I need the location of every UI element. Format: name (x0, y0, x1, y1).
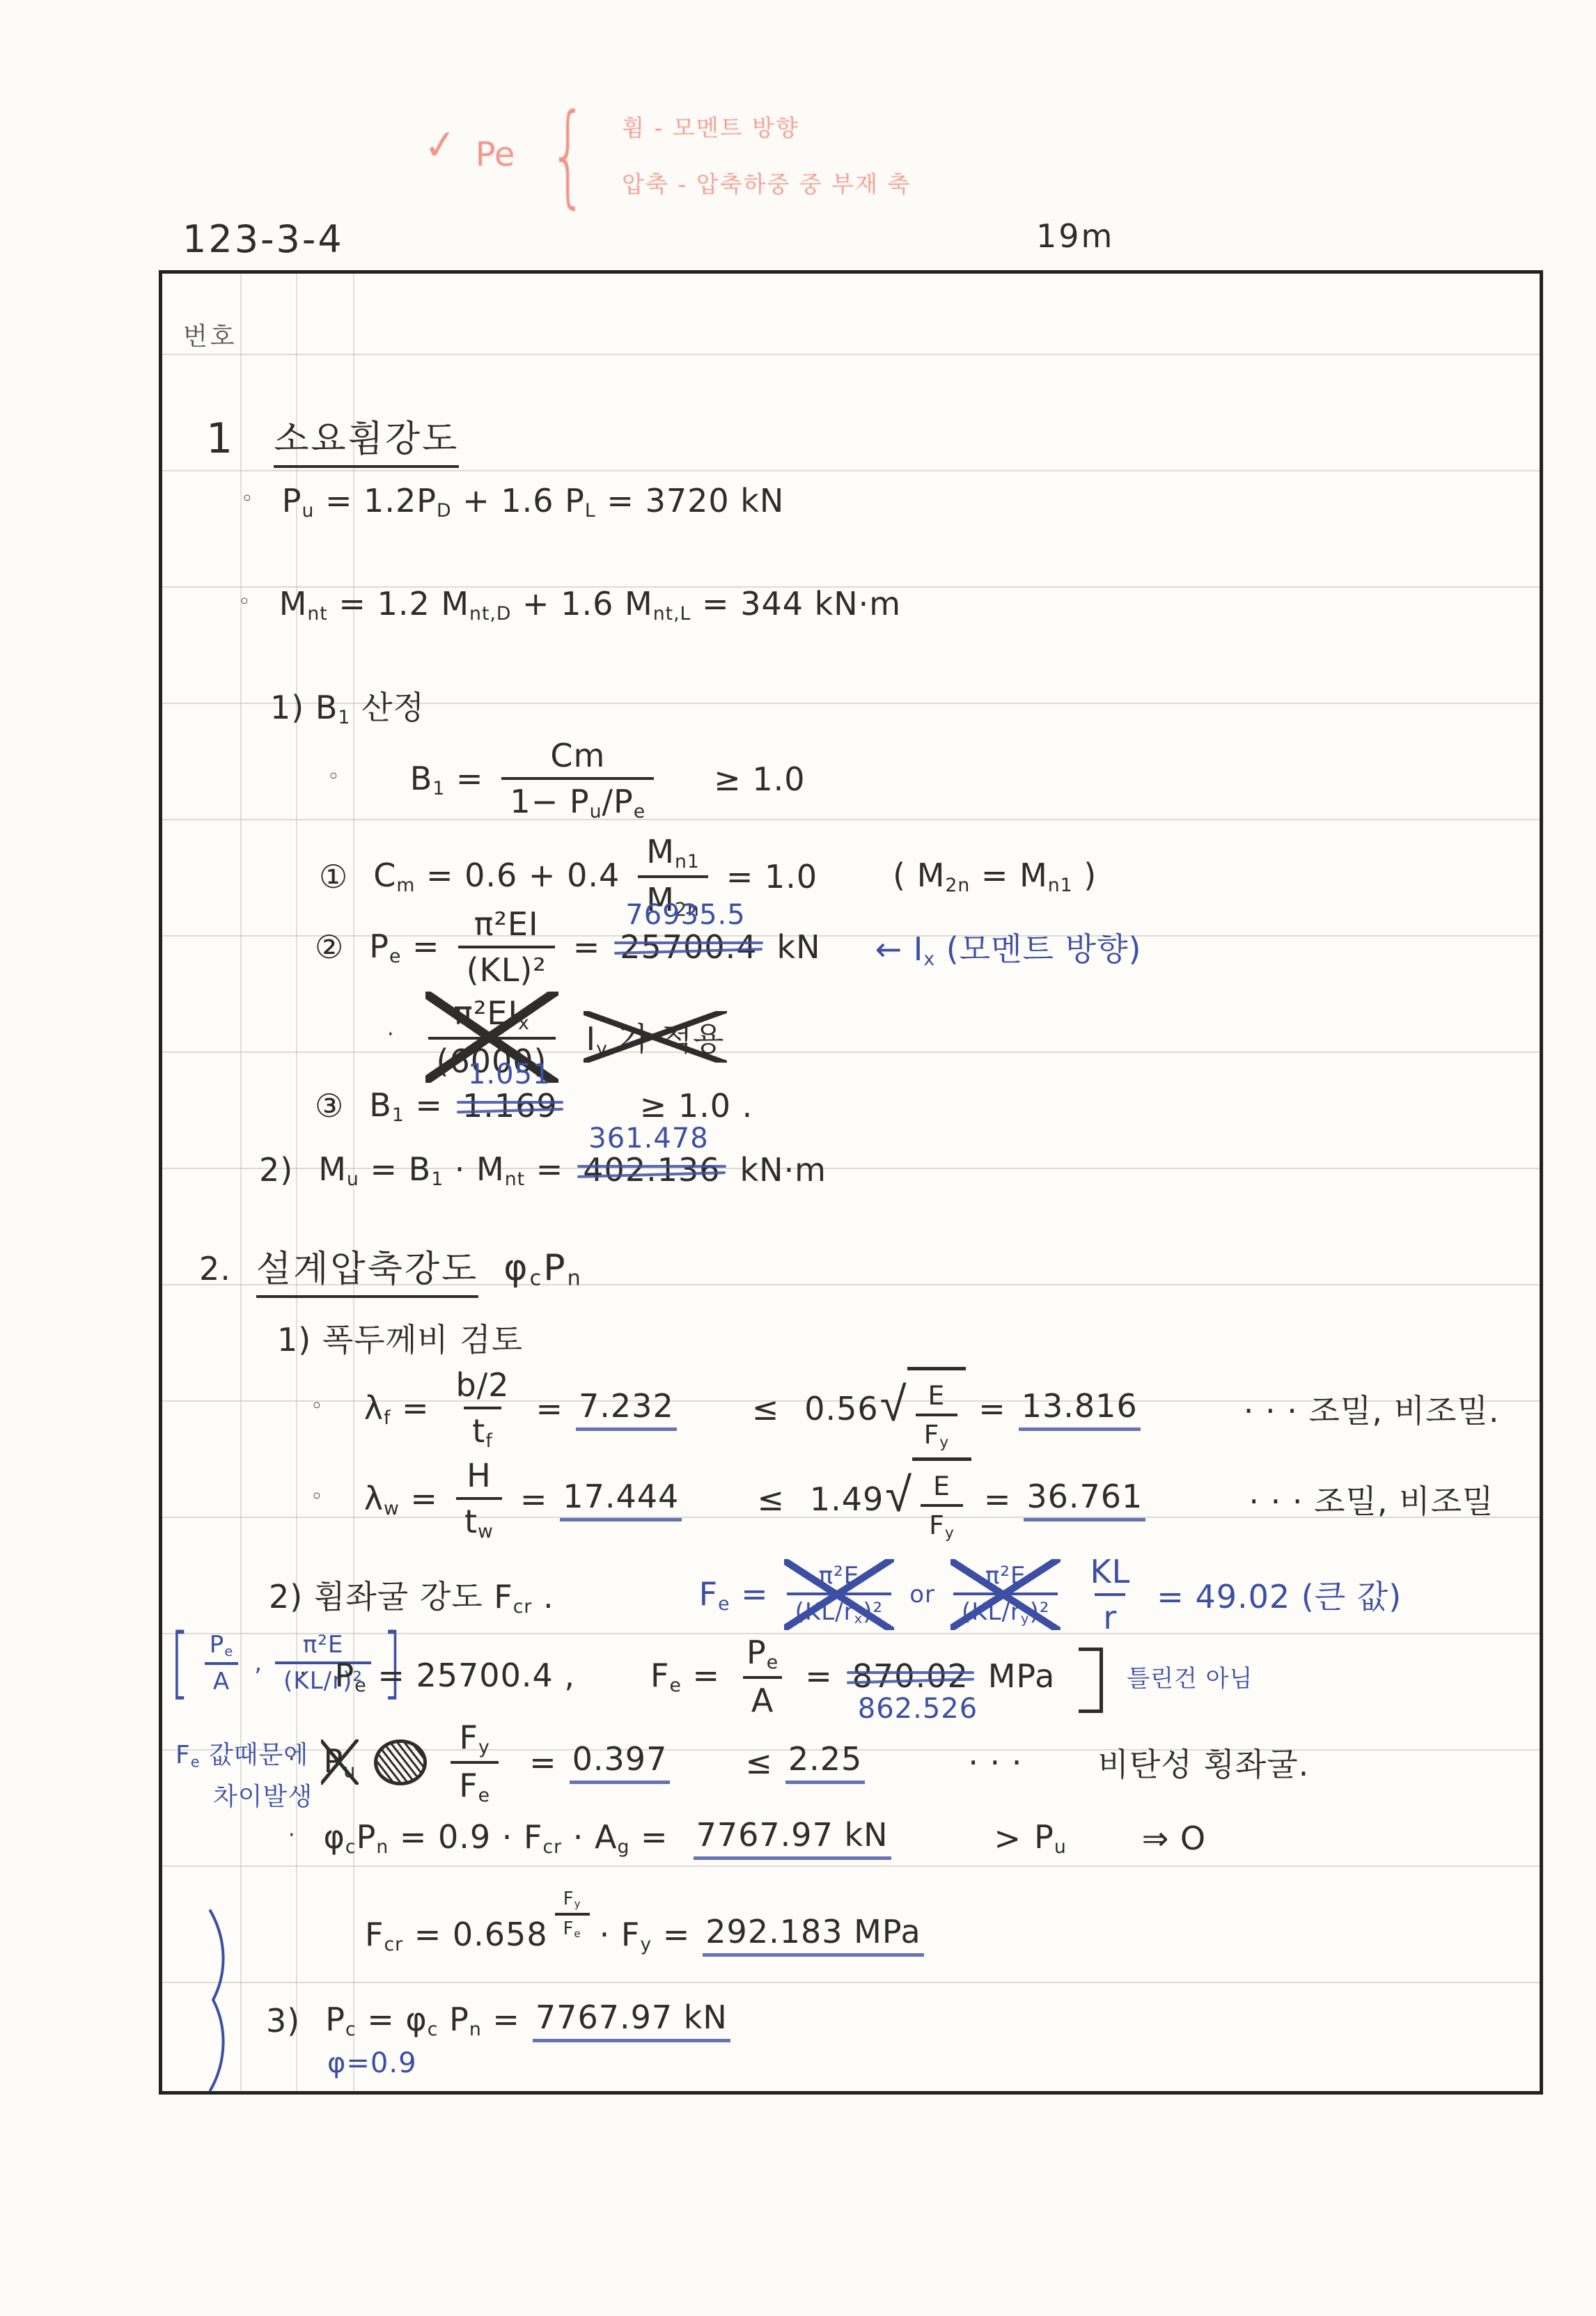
section2-title: 2.설계압축강도φcPn (199, 1239, 583, 1298)
text-token: · · · (968, 1744, 1022, 1781)
text-token: · · · 조밀, 비조밀. (1244, 1386, 1500, 1432)
red-note-line2: 압축 - 압축하중 중 부재 축 (622, 166, 911, 199)
line-fcr-value: Fcr = 0.658FyFe· Fy =292.183 MPa (365, 1909, 924, 1961)
text-token: · (387, 1022, 395, 1047)
text-token: 1) B1 산정 (270, 682, 425, 728)
corrected-value: 1.0511.169 (462, 1087, 558, 1125)
corrected-value: 361.478402.136 (583, 1151, 720, 1189)
line-width-thickness-head: 1) 폭두께비 검토 (277, 1315, 523, 1361)
text-token (374, 1739, 427, 1785)
text-token: ← Ix (모멘트 방향) (875, 924, 1142, 970)
text-token: ③ (315, 1087, 344, 1125)
text-token: B1 = (369, 1086, 443, 1126)
line-b1-head: 1) B1 산정 (270, 682, 425, 728)
text-token: 36.761 (1024, 1478, 1145, 1521)
scanned-notebook-page: ✓ Pe { 휨 - 모멘트 방향 압축 - 압축하중 중 부재 축 123-3… (0, 0, 1596, 2316)
line-b1-value: ③B1 =1.0511.169≥ 1.0 . (315, 1086, 753, 1126)
line-fcr-head: 2) 휨좌굴 강도 Fcr .Fe =π²E(KL/rx)²orπ²E(KL/r… (269, 1553, 1402, 1636)
fraction: Cm1− Pu/Pe (501, 737, 654, 822)
corrected-value: 862.526870.02 (852, 1657, 969, 1695)
fraction: Htw (456, 1457, 502, 1542)
text-token: 설계압축강도 (256, 1239, 478, 1298)
sqrt-expression: 1.49√EFy (810, 1457, 971, 1542)
line-pe: ②Pe =π²EI(KL)²=76935.525700.4kN← Ix (모멘트… (315, 905, 1141, 989)
text-token: 13.816 (1019, 1387, 1141, 1431)
line-pe-fe: ·Pe = 25700.4 ,Fe =PeA=862.526870.02MPa틀… (299, 1634, 1253, 1719)
text-token: = 1.0 (726, 858, 817, 895)
text-token: 2) (259, 1151, 293, 1189)
margin-rule-1 (240, 274, 242, 2091)
text-token: ≤ (757, 1480, 785, 1518)
text-token: ◦ (327, 765, 341, 789)
text-token: Pu = 1.2PD + 1.6 PL = 3720 kN (282, 482, 785, 522)
red-check-mark: ✓ (421, 120, 460, 171)
line-pu: ◦Pu = 1.2PD + 1.6 PL = 3720 kN (241, 482, 784, 522)
text-token: · Fy = (600, 1916, 691, 1955)
text-token: 틀린건 아님 (1127, 1659, 1253, 1693)
text-token: ( M2n = Mn1 ) (893, 856, 1097, 896)
fraction: π²E(KL/ry)² (953, 1562, 1058, 1627)
fraction: π²E(KL/rx)² (787, 1562, 892, 1627)
text-token: Pu (324, 1742, 357, 1782)
text-token: ≤ (745, 1744, 773, 1781)
line-lambda-w: ◦λw =Htw=17.444≤1.49√EFy=36.761· · · 조밀,… (311, 1457, 1494, 1542)
text-token: , (254, 1649, 263, 1677)
fraction: b/2tf (448, 1366, 518, 1452)
text-token: Fcr = 0.658 (365, 1916, 548, 1955)
text-token: Iy 가 적용 (586, 1014, 725, 1060)
text-token: ◦ (241, 487, 254, 511)
text-token: ◦ (238, 590, 251, 614)
text-token: > (994, 1820, 1022, 1857)
line-lambda-f: ◦λf =b/2tf=7.232≤0.56√EFy=13.816· · · 조밀… (311, 1366, 1500, 1452)
text-token: φcPn (503, 1247, 582, 1291)
text-token: MPa (988, 1657, 1056, 1695)
text-token: φcPn = 0.9 · Fcr · Ag = (324, 1818, 668, 1858)
text-token: · (299, 1661, 307, 1686)
text-token: ≥ 1.0 . (640, 1087, 753, 1125)
text-token: ② (315, 928, 344, 966)
text-token: kN·m (740, 1151, 827, 1189)
page-number: 123-3-4 (182, 217, 344, 261)
red-pen-annotation: ✓ Pe { 휨 - 모멘트 방향 압축 - 압축하중 중 부재 축 (423, 110, 911, 199)
line-pe-crossed: ·π²EIx(6000)Iy 가 적용 (387, 994, 724, 1080)
text-token: 1 (206, 414, 233, 463)
length-note: 19m (1036, 217, 1114, 255)
fraction: FyFe (555, 1888, 590, 1940)
red-note-brace: { (549, 110, 588, 199)
text-token: Pc = φc Pn = (325, 2001, 520, 2040)
text-token: Mu = B1 · Mnt = (318, 1150, 563, 1190)
text-token: B1 = (410, 760, 484, 799)
red-note-lines: 휨 - 모멘트 방향 압축 - 압축하중 중 부재 축 (622, 110, 911, 199)
text-token: = (529, 1744, 557, 1781)
text-token: 7.232 (576, 1387, 677, 1431)
text-token: 소요휨강도 (274, 409, 459, 468)
text-token: · · · 조밀, 비조밀 (1249, 1476, 1494, 1522)
text-token: Fe = (650, 1657, 720, 1696)
section1-title: 1소요휨강도 (206, 409, 459, 468)
text-token: [ (170, 1628, 190, 1698)
corrected-value: 76935.525700.4 (620, 928, 757, 966)
text-token: 2. (199, 1250, 231, 1288)
text-token: = (535, 1390, 563, 1427)
text-token: = 49.02 (큰 값) (1157, 1572, 1402, 1618)
text-token: 2.25 (785, 1740, 865, 1784)
text-token: 2) 휨좌굴 강도 Fcr . (269, 1572, 554, 1618)
text-token: 비탄성 횡좌굴. (1097, 1739, 1309, 1785)
sqrt-expression: 0.56√EFy (804, 1367, 966, 1452)
text-token: Pe = 25700.4 , (335, 1657, 575, 1696)
text-token: φ=0.9 (327, 2047, 417, 2079)
fraction: π²EI(KL)² (458, 905, 555, 989)
text-token: = (978, 1390, 1006, 1427)
text-token: 17.444 (560, 1478, 682, 1521)
text-token: = (805, 1657, 833, 1695)
text-token: ① (319, 858, 348, 895)
text-token: kN (777, 928, 821, 966)
text-token: · (288, 1747, 296, 1771)
text-token: ◦ (311, 1394, 324, 1418)
text-token: Pe = (369, 928, 439, 967)
text-token: 7767.97 kN (694, 1816, 891, 1860)
line-mnt: ◦Mnt = 1.2 Mnt,D + 1.6 Mnt,L = 344 kN·m (238, 585, 901, 625)
text-token: ≥ 1.0 (714, 760, 805, 798)
text-token: · (288, 1823, 296, 1847)
text-token: 292.183 MPa (703, 1913, 923, 1957)
text-token: Mnt = 1.2 Mnt,D + 1.6 Mnt,L = 344 kN·m (279, 585, 901, 625)
text-token: Cm = 0.6 + 0.4 (373, 856, 620, 896)
red-note-symbol: Pe (476, 135, 515, 174)
text-token (1079, 1648, 1103, 1713)
line-pc: 3)Pc = φc Pn =7767.97 kN (266, 1998, 730, 2042)
text-token: = (520, 1480, 548, 1518)
text-token: ⇒ O (1142, 1820, 1206, 1857)
text-token: λw = (364, 1480, 438, 1519)
text-token: ≤ (752, 1390, 780, 1427)
text-token: = (984, 1480, 1012, 1518)
text-token: Pu (1034, 1818, 1067, 1858)
text-token: 3) (266, 2002, 300, 2040)
fraction: FyFe (451, 1719, 499, 1806)
margin-brace-mark (205, 1909, 234, 2093)
fraction: PeA (201, 1631, 242, 1696)
text-token: ◦ (311, 1485, 324, 1509)
text-token: λf = (364, 1389, 430, 1429)
text-token: 7767.97 kN (533, 1998, 730, 2042)
text-token: = (573, 928, 601, 966)
corner-label: 번호 (183, 317, 237, 352)
fraction: KLr (1081, 1553, 1139, 1636)
line-phic-pn: ·φcPn = 0.9 · Fcr · Ag =7767.97 kN>Pu⇒ O (288, 1816, 1206, 1860)
line-b1-formula: ◦B1 =Cm1− Pu/Pe≥ 1.0 (327, 737, 806, 822)
text-token: 1) 폭두께비 검토 (277, 1315, 523, 1361)
line-mu: 2)Mu = B1 · Mnt =361.478402.136kN·m (259, 1150, 827, 1190)
text-token: Fe = (699, 1575, 769, 1615)
text-token: or (909, 1581, 935, 1609)
text-token: 0.397 (570, 1740, 671, 1784)
fraction: PeA (738, 1634, 787, 1719)
line-fy-fe: ·PuFyFe=0.397≤2.25· · ·비탄성 횡좌굴. (288, 1719, 1309, 1806)
line-phi-note: φ=0.9 (327, 2047, 417, 2079)
red-note-line1: 휨 - 모멘트 방향 (622, 110, 911, 143)
